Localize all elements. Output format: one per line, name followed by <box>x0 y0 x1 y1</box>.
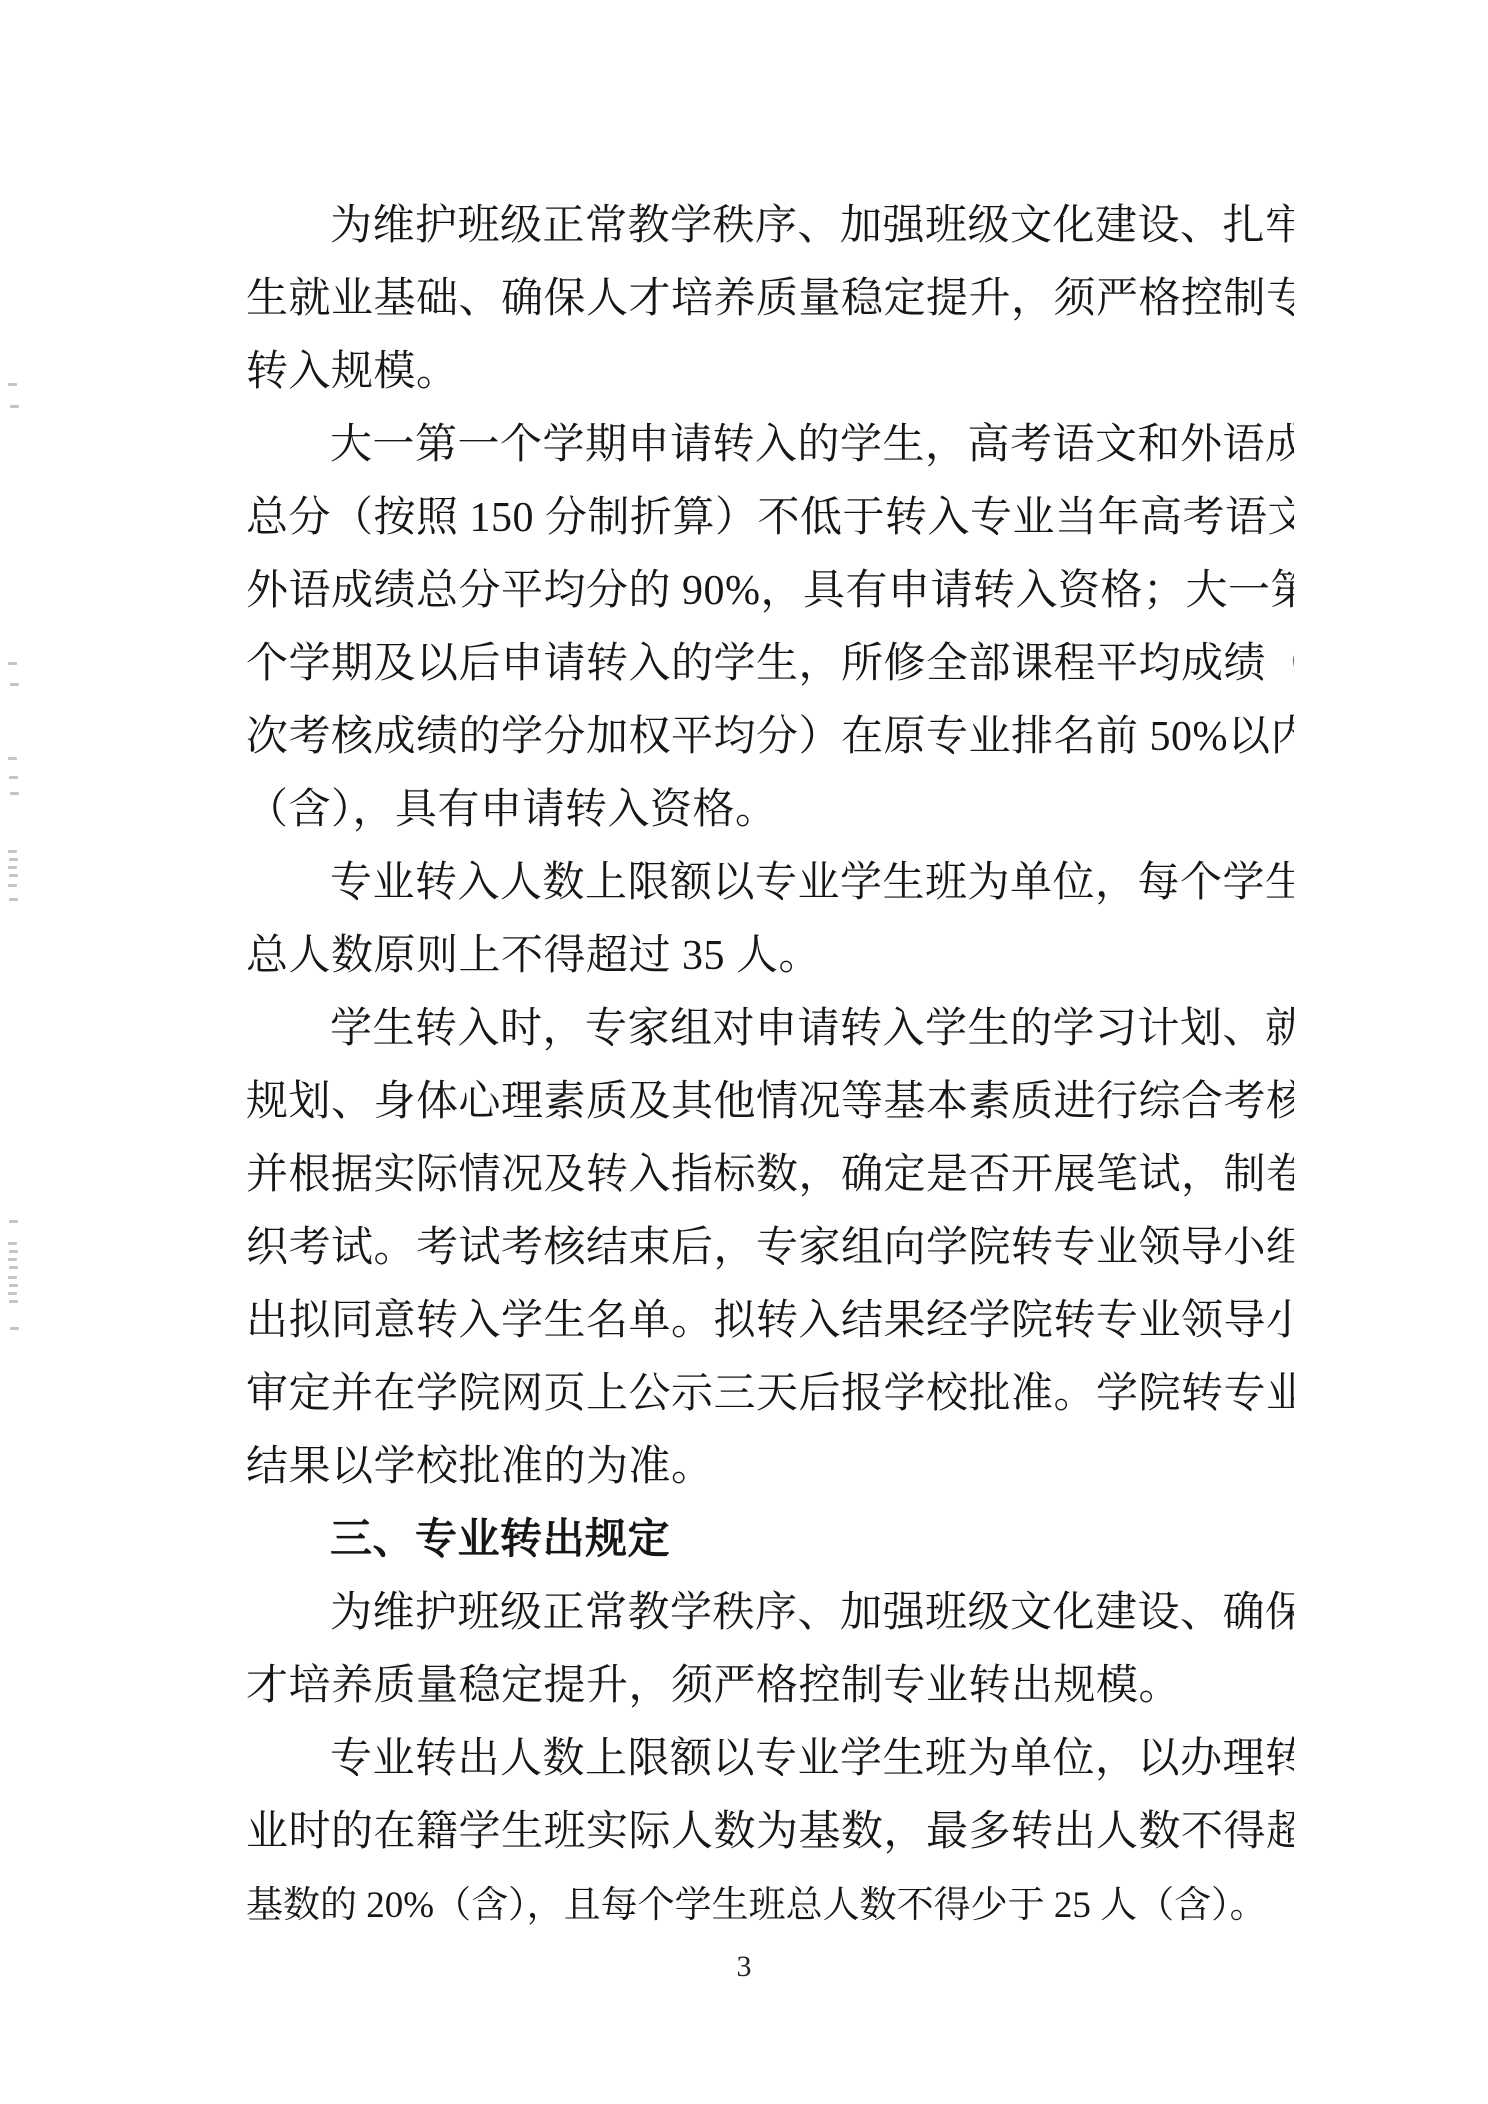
section-heading: 三、专业转出规定 <box>246 1504 1294 1577</box>
doc-line: 为维护班级正常教学秩序、加强班级文化建设、扎牢学 <box>246 190 1294 263</box>
scan-noise-mark <box>10 683 19 686</box>
doc-line: 学生转入时，专家组对申请转入学生的学习计划、就业 <box>246 993 1294 1066</box>
page-number: 3 <box>0 1950 1488 1984</box>
scan-noise-mark <box>8 866 17 869</box>
scan-noise-mark <box>8 884 17 887</box>
scan-noise-mark <box>8 1292 17 1295</box>
scan-noise-mark <box>9 1250 18 1253</box>
doc-line: 织考试。考试考核结束后，专家组向学院转专业领导小组提 <box>246 1212 1294 1285</box>
doc-line: 专业转入人数上限额以专业学生班为单位，每个学生班 <box>246 847 1294 920</box>
doc-line: 总人数原则上不得超过 35 人。 <box>246 920 1294 993</box>
doc-line: （含），具有申请转入资格。 <box>246 774 1294 847</box>
scan-noise-mark <box>8 1258 17 1261</box>
scan-noise-mark <box>8 757 17 760</box>
scan-noise-mark <box>8 383 17 386</box>
doc-line: 外语成绩总分平均分的 90%，具有申请转入资格；大一第二 <box>246 555 1294 628</box>
scan-noise-mark <box>9 1300 18 1303</box>
doc-line: 为维护班级正常教学秩序、加强班级文化建设、确保人 <box>246 1577 1294 1650</box>
scan-noise-mark <box>9 874 18 877</box>
doc-line: 个学期及以后申请转入的学生，所修全部课程平均成绩（首 <box>246 628 1294 701</box>
doc-line: 才培养质量稳定提升，须严格控制专业转出规模。 <box>246 1650 1294 1723</box>
doc-line: 大一第一个学期申请转入的学生，高考语文和外语成绩 <box>246 409 1294 482</box>
scan-noise-mark <box>8 662 17 665</box>
doc-line: 并根据实际情况及转入指标数，确定是否开展笔试，制卷组 <box>246 1139 1294 1212</box>
doc-line: 次考核成绩的学分加权平均分）在原专业排名前 50%以内 <box>246 701 1294 774</box>
scan-noise-mark <box>9 776 18 779</box>
scan-noise-mark <box>9 898 18 901</box>
doc-line: 结果以学校批准的为准。 <box>246 1431 1294 1504</box>
scan-noise-mark <box>10 405 19 408</box>
scan-noise-mark <box>9 858 18 861</box>
scan-noise-mark <box>9 1220 18 1223</box>
scanned-document-page: 为维护班级正常教学秩序、加强班级文化建设、扎牢学 生就业基础、确保人才培养质量稳… <box>0 0 1488 2104</box>
doc-line: 基数的 20%（含），且每个学生班总人数不得少于 25 人（含）。 <box>246 1869 1294 1942</box>
scan-noise-mark <box>9 1284 18 1287</box>
doc-line: 总分（按照 150 分制折算）不低于转入专业当年高考语文和 <box>246 482 1294 555</box>
doc-line: 出拟同意转入学生名单。拟转入结果经学院转专业领导小组 <box>246 1285 1294 1358</box>
doc-line: 规划、身体心理素质及其他情况等基本素质进行综合考核， <box>246 1066 1294 1139</box>
scan-noise-mark <box>9 1266 18 1269</box>
scan-noise-mark <box>8 1276 17 1279</box>
doc-line: 专业转出人数上限额以专业学生班为单位，以办理转专 <box>246 1723 1294 1796</box>
doc-line: 业时的在籍学生班实际人数为基数，最多转出人数不得超过 <box>246 1796 1294 1869</box>
scan-noise-mark <box>10 1327 19 1330</box>
doc-line: 审定并在学院网页上公示三天后报学校批准。学院转专业的 <box>246 1358 1294 1431</box>
scan-noise-mark <box>8 1242 17 1245</box>
doc-line: 转入规模。 <box>246 336 1294 409</box>
scan-noise-mark <box>10 792 19 795</box>
document-body: 为维护班级正常教学秩序、加强班级文化建设、扎牢学 生就业基础、确保人才培养质量稳… <box>246 190 1294 1942</box>
scan-noise-mark <box>8 850 17 853</box>
doc-line: 生就业基础、确保人才培养质量稳定提升，须严格控制专业 <box>246 263 1294 336</box>
